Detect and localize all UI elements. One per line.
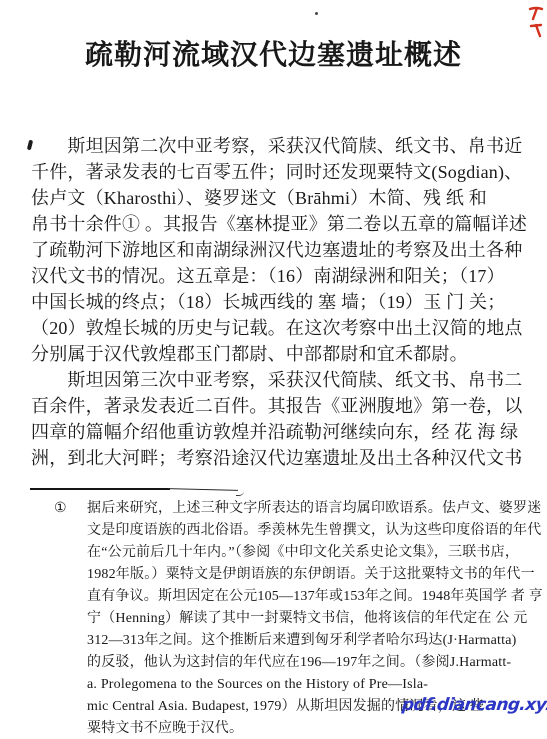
body-line: 了疏勒河下游地区和南湖绿洲汉代边塞遗址的考察及出土各种 <box>31 237 523 263</box>
body-line: 斯坦因第二次中亚考察，采获汉代简牍、纸文书、帛书近 <box>31 133 523 159</box>
body-line: 佉卢文（Kharosthi）、婆罗迷文（Brāhmi）木简、残 纸 和 <box>31 185 523 211</box>
page-title: 疏勒河流域汉代边塞遗址概述 <box>0 38 547 74</box>
body-line: 百余件，著录发表近二百件。其报告《亚洲腹地》第一卷，以 <box>31 393 523 419</box>
footnote-separator <box>30 488 170 490</box>
footnote-line: a. Prolegomena to the Sources on the His… <box>87 674 523 696</box>
body-line: 帛书十余件① 。其报告《塞林提亚》第二卷以五章的篇幅详述 <box>31 211 523 237</box>
footnote-separator-curl <box>236 491 244 496</box>
body-line: 分别属于汉代敦煌郡玉门都尉、中部都尉和宜禾都尉。 <box>31 341 523 367</box>
ink-speck <box>315 12 318 15</box>
body-line: 中国长城的终点；（18）长城西线的 塞 墙；（19）玉 门 关； <box>31 289 523 315</box>
footnote-line: 的反驳，他认为这封信的年代应在196—197年之间。（参阅J.Harmatt- <box>87 652 523 674</box>
footnote-line: 312—313年之间。这个推断后来遭到匈牙利学者哈尔玛达(J·Harmatta) <box>87 630 523 652</box>
footnote-line: 文是印度语族的西北俗语。季羡林先生曾撰文，认为这些印度俗语的年代 <box>87 520 523 542</box>
footnote-line: 粟特文书不应晚于汉代。 <box>87 718 523 739</box>
footnote-separator-tail <box>168 488 238 491</box>
body-line: 四章的篇幅介绍他重访敦煌并沿疏勒河继续向东，经 花 海 绿 <box>31 419 523 445</box>
paragraph-1: 斯坦因第二次中亚考察，采获汉代简牍、纸文书、帛书近千件，著录发表的七百零五件；同… <box>31 133 523 367</box>
body-line: 千件，著录发表的七百零五件；同时还发现粟特文(Sogdian)、 <box>31 159 523 185</box>
footnote-line: 1982年版。）粟特文是伊朗语族的东伊朗语。关于这批粟特文书的年代一 <box>87 564 523 586</box>
body-line: 汉代文书的情况。这五章是：（16）南湖绿洲和阳关；（17） <box>31 263 523 289</box>
body-text: 斯坦因第二次中亚考察，采获汉代简牍、纸文书、帛书近千件，著录发表的七百零五件；同… <box>31 133 523 471</box>
footnote-line: 直有争议。斯坦因定在公元105—137年或153年之间。1948年英国学 者 亨 <box>87 586 523 608</box>
paragraph-2: 斯坦因第三次中亚考察，采获汉代简牍、纸文书、帛书二百余件，著录发表近二百件。其报… <box>31 367 523 471</box>
watermark-text: pdf.diancang.xyz <box>401 695 547 715</box>
footnote-line: 在“公元前后几十年内。”（参阅《中印文化关系史论文集》，三联书店， <box>87 542 523 564</box>
footnote-marker: ① <box>54 498 67 520</box>
body-line: 斯坦因第三次中亚考察，采获汉代简牍、纸文书、帛书二 <box>31 367 523 393</box>
body-line: （20）敦煌长城的历史与记载。在这次考察中出土汉简的地点 <box>31 315 523 341</box>
footnote-line: 据后来研究，上述三种文字所表达的语言均属印欧语系。佉卢文、婆罗迷 <box>87 498 523 520</box>
red-pencil-marks-icon <box>528 5 544 39</box>
scanned-page: 疏勒河流域汉代边塞遗址概述 斯坦因第二次中亚考察，采获汉代简牍、纸文书、帛书近千… <box>0 0 547 739</box>
body-line: 洲，到北大河畔；考察沿途汉代边塞遗址及出土各种汉代文书 <box>31 445 523 471</box>
footnote-line: 宁（Henning）解读了其中一封粟特文书信，他将该信的年代定在 公 元 <box>87 608 523 630</box>
